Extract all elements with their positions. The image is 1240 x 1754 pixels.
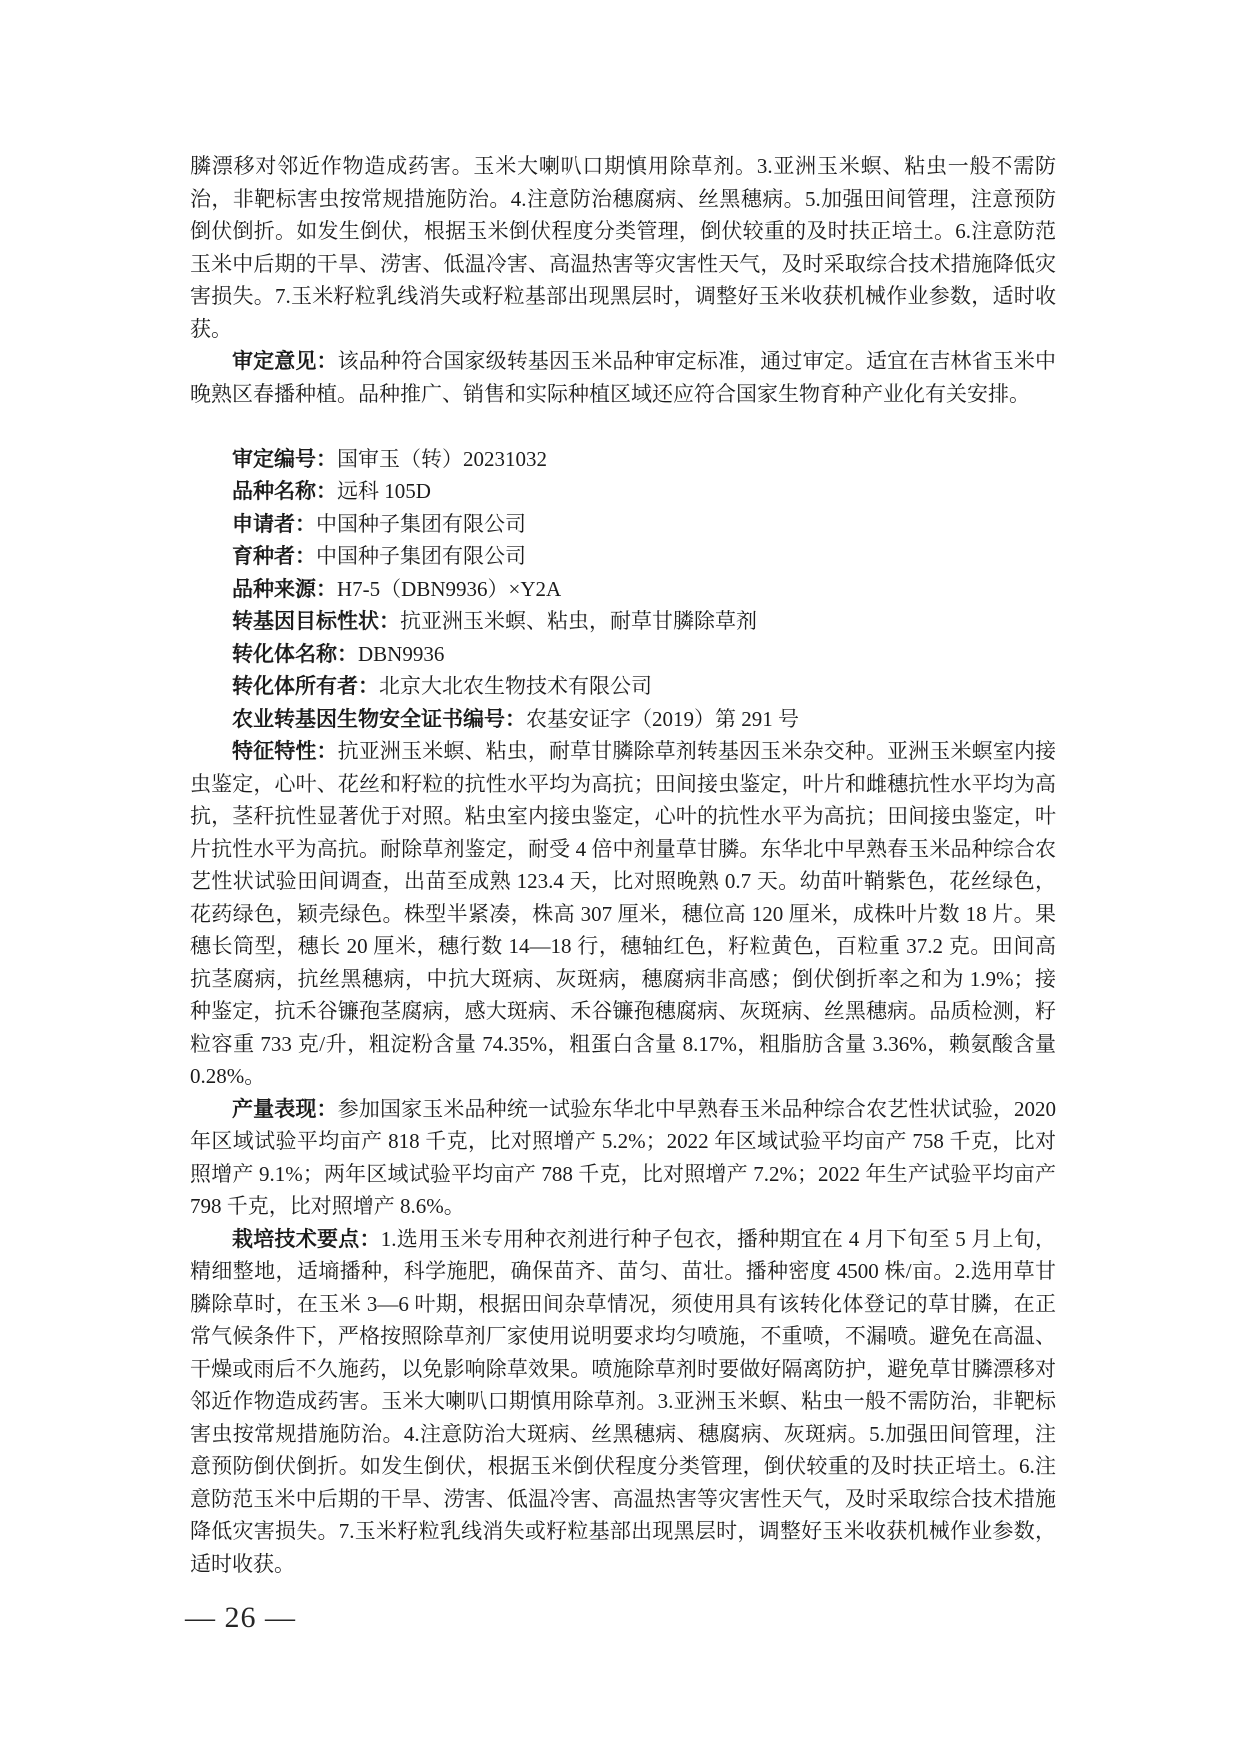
field-line-variety-origin: 品种来源：H7-5（DBN9936）×Y2A (190, 573, 1056, 606)
field-value: DBN9936 (358, 642, 444, 666)
field-label: 农业转基因生物安全证书编号： (232, 707, 526, 731)
field-label: 转化体所有者： (232, 674, 379, 698)
cultivation-points-paragraph: 栽培技术要点：1.选用玉米专用种衣剂进行种子包衣，播种期宜在 4 月下旬至 5 … (190, 1223, 1056, 1581)
cultivation-points-text: 1.选用玉米专用种衣剂进行种子包衣，播种期宜在 4 月下旬至 5 月上旬，精细整… (190, 1227, 1056, 1576)
field-value: 抗亚洲玉米螟、粘虫，耐草甘膦除草剂 (400, 609, 757, 633)
characteristics-paragraph: 特征特性：抗亚洲玉米螟、粘虫，耐草甘膦除草剂转基因玉米杂交种。亚洲玉米螟室内接虫… (190, 735, 1056, 1093)
field-line-transformation-event-owner: 转化体所有者：北京大北农生物技术有限公司 (190, 670, 1056, 703)
characteristics-text: 抗亚洲玉米螟、粘虫，耐草甘膦除草剂转基因玉米杂交种。亚洲玉米螟室内接虫鉴定，心叶… (190, 739, 1056, 1088)
yield-performance-label: 产量表现： (232, 1097, 338, 1121)
field-line-applicant: 申请者：中国种子集团有限公司 (190, 508, 1056, 541)
page-number: — 26 — (185, 1601, 296, 1634)
field-line-certification-number: 审定编号：国审玉（转）20231032 (190, 443, 1056, 476)
field-line-variety-name: 品种名称：远科 105D (190, 475, 1056, 508)
field-value: 农基安证字（2019）第 291 号 (526, 707, 799, 731)
field-value: 中国种子集团有限公司 (316, 512, 526, 536)
field-line-gm-target-traits: 转基因目标性状：抗亚洲玉米螟、粘虫，耐草甘膦除草剂 (190, 605, 1056, 638)
review-opinion-label: 审定意见： (232, 349, 338, 373)
field-label: 品种来源： (232, 577, 337, 601)
field-label: 申请者： (232, 512, 316, 536)
field-label: 转基因目标性状： (232, 609, 400, 633)
blank-line (190, 410, 1056, 443)
field-label: 品种名称： (232, 479, 337, 503)
field-value: 远科 105D (337, 479, 431, 503)
field-value: 中国种子集团有限公司 (316, 544, 526, 568)
field-value: 国审玉（转）20231032 (337, 447, 547, 471)
field-label: 育种者： (232, 544, 316, 568)
page-footer: — 26 — (185, 1601, 296, 1635)
continuation-paragraph-text: 膦漂移对邻近作物造成药害。玉米大喇叭口期慎用除草剂。3.亚洲玉米螟、粘虫一般不需… (190, 154, 1056, 341)
characteristics-label: 特征特性： (232, 739, 338, 763)
field-line-biosafety-certificate-number: 农业转基因生物安全证书编号：农基安证字（2019）第 291 号 (190, 703, 1056, 736)
field-value: 北京大北农生物技术有限公司 (379, 674, 652, 698)
cultivation-points-label: 栽培技术要点： (232, 1227, 381, 1251)
review-opinion-paragraph: 审定意见：该品种符合国家级转基因玉米品种审定标准，通过审定。适宜在吉林省玉米中晚… (190, 345, 1056, 410)
field-value: H7-5（DBN9936）×Y2A (337, 577, 561, 601)
yield-performance-paragraph: 产量表现：参加国家玉米品种统一试验东华北中早熟春玉米品种综合农艺性状试验，202… (190, 1093, 1056, 1223)
field-line-transformation-event-name: 转化体名称：DBN9936 (190, 638, 1056, 671)
field-line-breeder: 育种者：中国种子集团有限公司 (190, 540, 1056, 573)
field-label: 转化体名称： (232, 642, 358, 666)
document-page: 膦漂移对邻近作物造成药害。玉米大喇叭口期慎用除草剂。3.亚洲玉米螟、粘虫一般不需… (0, 0, 1240, 1754)
continuation-paragraph: 膦漂移对邻近作物造成药害。玉米大喇叭口期慎用除草剂。3.亚洲玉米螟、粘虫一般不需… (190, 150, 1056, 345)
field-label: 审定编号： (232, 447, 337, 471)
page-body: 膦漂移对邻近作物造成药害。玉米大喇叭口期慎用除草剂。3.亚洲玉米螟、粘虫一般不需… (190, 150, 1056, 1580)
